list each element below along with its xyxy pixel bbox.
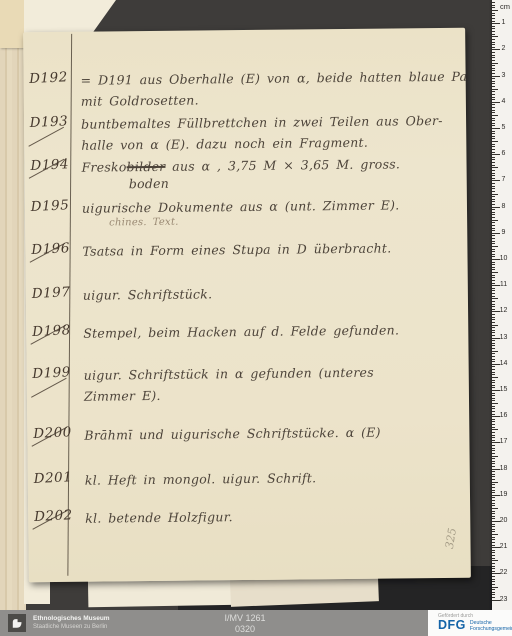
ruler-mm-tick [492,395,495,396]
ruler-mm-tick [492,201,495,202]
ruler-mm-tick [492,529,495,530]
reference-id: I/MV 1261 [180,613,310,624]
ruler-mm-tick [492,325,498,326]
book-page-edges [0,0,26,610]
ruler-number: 20 [497,517,510,524]
ruler-mm-tick [492,353,495,354]
ruler-mm-tick [492,492,495,493]
ruler-mm-tick [492,288,495,289]
ruler-mm-tick [492,110,495,111]
ruler-mm-tick [492,136,495,137]
ruler-mm-tick [492,162,495,163]
ruler-mm-tick [492,36,498,37]
ruler-mm-tick [492,63,498,64]
ruler-mm-tick [492,26,495,27]
ruler-mm-tick [492,277,495,278]
ruler-mm-tick [492,461,495,462]
strike-mark [32,427,68,447]
ruler-mm-tick [492,377,498,378]
ruler-number: 16 [497,412,510,419]
dfg-abbr: DFG [438,618,466,632]
institution-name: Ethnologisches Museum [33,615,110,623]
ruler-mm-tick [492,21,495,22]
ruler-mm-tick [492,28,495,29]
entry-number: D201 [33,469,76,492]
ruler-mm-tick [492,432,495,433]
ruler-mm-tick [492,214,495,215]
ruler-mm-tick [492,86,495,87]
ruler-mm-tick [492,563,495,564]
ruler-number: 2 [497,45,510,52]
ruler-mm-tick [492,220,498,221]
ruler-mm-tick [492,343,495,344]
ruler-mm-tick [492,149,495,150]
ruler-number: 11 [497,281,510,288]
ruler-mm-tick [492,568,495,569]
ruler-mm-tick [492,290,495,291]
entry-D192: D192= D191 aus Oberhalle (E) von α, beid… [30,66,464,113]
ruler-mm-tick [492,387,495,388]
ruler-mm-tick [492,175,495,176]
ruler-mm-tick [492,275,495,276]
ruler-mm-tick [492,7,495,8]
entry-number: D202 [34,507,77,530]
ruler-mm-tick [492,246,498,247]
ruler-mm-tick [492,587,498,588]
ruler-mm-tick [492,366,495,367]
ruler-mm-tick [492,65,495,66]
ruler-mm-tick [492,99,495,100]
ruler-mm-tick [492,94,495,95]
ruler-mm-tick [492,304,495,305]
ruler-mm-tick [492,68,495,69]
ruler-mm-tick [492,272,498,273]
ruler-mm-tick [492,120,495,121]
ruler-mm-tick [492,579,495,580]
scan-view: D192= D191 aus Oberhalle (E) von α, beid… [0,0,512,636]
ruler-mm-tick [492,319,495,320]
entry-number: D197 [31,284,74,307]
ruler-mm-tick [492,445,495,446]
ruler-mm-tick [492,230,495,231]
ruler-mm-tick [492,314,495,315]
ruler-mm-tick [492,78,495,79]
ruler-mm-tick [492,167,498,168]
ruler-mm-tick [492,91,495,92]
entry-number: D199 [32,364,76,408]
ruler-mm-tick [492,138,495,139]
ruler-number: 23 [497,596,510,603]
strike-mark [32,510,68,530]
ruler-mm-tick [492,400,495,401]
ruler-mm-tick [492,280,495,281]
entry-D200: D200Brāhmī und uigurische Schriftstücke.… [33,421,467,447]
ruler-mm-tick [492,2,495,3]
ruler-mm-tick [492,204,495,205]
ruler-mm-tick [492,592,495,593]
ruler-mm-tick [492,165,495,166]
ruler-mm-tick [492,584,495,585]
dfg-panel: Gefördert durch DFG Deutsche Forschungsg… [428,610,512,636]
ruler-mm-tick [492,516,495,517]
ruler-mm-tick [492,44,495,45]
ruler-mm-tick [492,526,495,527]
ruler-mm-tick [492,372,495,373]
ruler-mm-tick [492,408,495,409]
strike-mark [31,378,67,398]
ruler-mm-tick [492,327,495,328]
ruler-mm-tick [492,340,495,341]
ruler-mm-tick [492,359,495,360]
ruler-number: 14 [497,360,510,367]
ruler-mm-tick [492,83,495,84]
ruler-mm-tick [492,188,495,189]
ruler-mm-tick [492,369,495,370]
ruler-mm-tick [492,345,495,346]
ruler-mm-tick [492,332,495,333]
entry-D196: D196Tsatsa in Form eines Stupa in D über… [31,237,465,263]
entry-text: Freskobilderboden aus α , 3,75 M × 3,65 … [72,153,464,178]
entry-D195: D195uigurische Dokumente aus α (unt. Zim… [31,194,465,231]
ruler-mm-tick [492,235,495,236]
ruler-mm-tick [492,545,495,546]
entry-number: D194 [30,156,73,179]
ruler-number: 4 [497,98,510,105]
entry-D201: D201kl. Heft in mongol. uigur. Schrift. [34,466,468,492]
ruler-mm-tick [492,511,495,512]
ruler-mm-tick [492,81,495,82]
ruler-mm-tick [492,146,495,147]
ruler-mm-tick [492,322,495,323]
entry-text: Tsatsa in Form eines Stupa in D überbrac… [73,237,465,262]
ruler-mm-tick [492,104,495,105]
ruler-mm-tick [492,435,495,436]
ruler-mm-tick [492,125,495,126]
struck-word: bilderboden [127,159,166,174]
ruler-number: 9 [497,229,510,236]
ruler-mm-tick [492,463,495,464]
ruler-mm-tick [492,385,495,386]
ruler-mm-tick [492,581,495,582]
smb-logo-icon [8,614,26,632]
ruler-mm-tick [492,157,495,158]
ruler-mm-tick [492,301,495,302]
entry-D199: D199uigur. Schriftstück in α gefunden (u… [33,361,467,408]
ruler-mm-tick [492,262,495,263]
entry-number: D195 [30,197,73,231]
ruler-mm-tick [492,118,495,119]
ruler-number: 7 [497,176,510,183]
ruler-mm-tick [492,293,495,294]
entry-number: D193 [29,113,73,157]
ruler-mm-tick [492,484,495,485]
reference-block: I/MV 1261 0320 [180,613,310,635]
ruler-mm-tick [492,458,495,459]
entry-text: kl. Heft in mongol. uigur. Schrift. [76,466,468,491]
ruler-mm-tick [492,10,498,11]
replacement-word: boden [129,173,169,194]
ruler-mm-tick [492,406,495,407]
ruler-mm-tick [492,283,495,284]
ruler-mm-tick [492,508,498,509]
ruler-mm-tick [492,131,495,132]
ruler-mm-tick [492,47,495,48]
ruler-mm-tick [492,542,495,543]
ruler-number: 12 [497,307,510,314]
ruler-mm-tick [492,414,495,415]
ruler-mm-tick [492,534,498,535]
ruler-mm-tick [492,555,495,556]
ruler-number: 6 [497,150,510,157]
ruler-mm-tick [492,424,495,425]
ruler-mm-tick [492,597,495,598]
ruler-mm-tick [492,97,495,98]
ruler-mm-tick [492,196,495,197]
ruler-mm-tick [492,429,498,430]
ruler-mm-tick [492,490,495,491]
ruler-mm-tick [492,382,495,383]
ruler-mm-tick [492,228,495,229]
ruler-mm-tick [492,115,498,116]
ruler-mm-tick [492,427,495,428]
ruler-mm-tick [492,380,495,381]
ruler-mm-tick [492,479,495,480]
dfg-name: Deutsche Forschungsgemeinschaft [470,620,512,632]
ruler-mm-tick [492,13,495,14]
ruler-mm-tick [492,159,495,160]
reference-page-number: 0320 [180,624,310,635]
ruler-mm-tick [492,222,495,223]
ruler-mm-tick [492,133,495,134]
ruler-mm-tick [492,351,498,352]
entries: D192= D191 aus Oberhalle (E) von α, beid… [23,28,471,583]
ruler-mm-tick [492,296,495,297]
ruler-mm-tick [492,89,498,90]
ruler-mm-tick [492,209,495,210]
ruler-mm-tick [492,550,495,551]
footer-bar: Ethnologisches Museum Staatliche Museen … [0,610,512,636]
ruler-number: 21 [497,543,510,550]
entry-number: D198 [32,322,75,345]
ruler-mm-tick [492,552,495,553]
entry-text: uigur. Schriftstück in α gefunden (unter… [75,361,467,407]
ruler-mm-tick [492,558,495,559]
ruler-mm-tick [492,453,495,454]
ruler-mm-tick [492,243,495,244]
dfg-logo: DFG Deutsche Forschungsgemeinschaft [438,618,512,632]
ruler-number: 18 [497,465,510,472]
ruler-mm-tick [492,152,495,153]
entry-text: uigur. Schriftstück. [74,281,466,306]
ruler-mm-tick [492,73,495,74]
photo-area: D192= D191 aus Oberhalle (E) von α, beid… [0,0,512,610]
ruler-mm-tick [492,39,495,40]
ruler-number: 13 [497,334,510,341]
ruler-mm-tick [492,194,498,195]
ruler-mm-tick [492,440,495,441]
ruler-mm-tick [492,448,495,449]
ruler-mm-tick [492,144,495,145]
strike-mark [28,127,64,147]
ruler-mm-tick [492,589,495,590]
entry-text: = D191 aus Oberhalle (E) von α, beide ha… [72,65,471,111]
ruler-mm-tick [492,15,495,16]
ruler-unit-label: cm [500,2,510,11]
ruler-mm-tick [492,256,495,257]
ruler-mm-tick [492,566,495,567]
entry-text: Stempel, beim Hacken auf d. Felde gefund… [74,319,466,344]
ruler-mm-tick [492,107,495,108]
ruler-mm-tick [492,112,495,113]
ruler-mm-tick [492,57,495,58]
ruler-mm-tick [492,374,495,375]
ruler-mm-tick [492,393,495,394]
ruler-mm-tick [492,123,495,124]
ruler-number: 19 [497,491,510,498]
ruler-mm-tick [492,421,495,422]
ruler-mm-tick [492,254,495,255]
entry-D193: D193buntbemaltes Füllbrettchen in zwei T… [30,110,464,157]
ruler-mm-tick [492,183,495,184]
ruler-mm-tick [492,191,495,192]
ruler-mm-tick [492,348,495,349]
entry-text: Brāhmī und uigurische Schriftstücke. α (… [75,421,467,446]
entry-D198: D198Stempel, beim Hacken auf d. Felde ge… [32,319,466,345]
ruler-mm-tick [492,267,495,268]
ruler-number: 15 [497,386,510,393]
ruler-mm-tick [492,487,495,488]
ruler-mm-tick [492,450,495,451]
strike-mark [29,159,65,179]
entry-number: D200 [33,424,76,447]
ruler-mm-tick [492,309,495,310]
institution-block: Ethnologisches Museum Staatliche Museen … [33,615,110,631]
ruler-mm-tick [492,55,495,56]
ruler-mm-tick [492,199,495,200]
ruler-mm-tick [492,437,495,438]
ruler-number: 10 [497,255,510,262]
ruler-mm-tick [492,70,495,71]
ruler-mm-tick [492,264,495,265]
ruler-mm-tick [492,60,495,61]
ruler-mm-tick [492,500,495,501]
ruler-mm-tick [492,178,495,179]
ruler-number: 5 [497,124,510,131]
ruler-mm-tick [492,466,495,467]
ruler-mm-tick [492,330,495,331]
ruler-number: 3 [497,72,510,79]
institution-subtitle: Staatliche Museen zu Berlin [33,623,110,631]
entry-text: kl. betende Holzfigur. [76,504,468,529]
ruler-mm-tick [492,476,495,477]
entry-text: uigurische Dokumente aus α (unt. Zimmer … [73,194,465,230]
ruler-mm-tick [492,531,495,532]
ruler-mm-tick [492,170,495,171]
ruler-number: 22 [497,569,510,576]
ruler-number: 17 [497,438,510,445]
ruler-mm-tick [492,537,495,538]
ruler-mm-tick [492,18,495,19]
notebook-page: D192= D191 aus Oberhalle (E) von α, beid… [23,28,471,583]
ruler-mm-tick [492,251,495,252]
ruler-mm-tick [492,238,495,239]
ruler-mm-tick [492,306,495,307]
ruler-mm-tick [492,173,495,174]
ruler-mm-tick [492,403,498,404]
ruler-mm-tick [492,249,495,250]
ruler-mm-tick [492,497,495,498]
entry-D197: D197uigur. Schriftstück. [32,281,466,307]
ruler-mm-tick [492,571,495,572]
ruler-mm-tick [492,141,498,142]
ruler-mm-tick [492,52,495,53]
entry-D194: D194Freskobilderboden aus α , 3,75 M × 3… [30,153,464,179]
ruler-mm-tick [492,34,495,35]
ruler-mm-tick [492,474,495,475]
ruler-mm-tick [492,269,495,270]
ruler-mm-tick [492,241,495,242]
ruler-mm-tick [492,594,495,595]
ruler-mm-tick [492,539,495,540]
ruler-mm-tick [492,560,498,561]
ruler-mm-tick [492,419,495,420]
ruler-mm-tick [492,456,498,457]
ruler-mm-tick [492,361,495,362]
ruler-mm-tick [492,31,495,32]
ruler: cm 1234567891011121314151617181920212223 [492,0,512,610]
ruler-mm-tick [492,505,495,506]
entry-text: buntbemaltes Füllbrettchen in zwei Teile… [72,110,464,156]
ruler-mm-tick [492,518,495,519]
strike-mark [30,243,66,263]
ruler-mm-tick [492,576,495,577]
ruler-mm-tick [492,524,495,525]
strike-mark [30,325,66,345]
ruler-mm-tick [492,298,498,299]
ruler-mm-tick [492,356,495,357]
ruler-mm-tick [492,503,495,504]
ruler-mm-tick [492,186,495,187]
ruler-mm-tick [492,225,495,226]
ruler-mm-tick [492,411,495,412]
entry-number: D196 [31,240,74,263]
ruler-mm-tick [492,217,495,218]
ruler-mm-tick [492,42,495,43]
ruler-mm-tick [492,482,498,483]
entry-number: D192 [29,69,73,113]
entry-D202: D202kl. betende Holzfigur. [34,504,468,530]
ruler-mm-tick [492,335,495,336]
ruler-mm-tick [492,513,495,514]
ruler-mm-tick [492,5,495,6]
ruler-number: 8 [497,203,510,210]
ruler-mm-tick [492,212,495,213]
ruler-number: 1 [497,19,510,26]
ruler-mm-tick [492,317,495,318]
ruler-mm-tick [492,398,495,399]
ruler-mm-tick [492,471,495,472]
